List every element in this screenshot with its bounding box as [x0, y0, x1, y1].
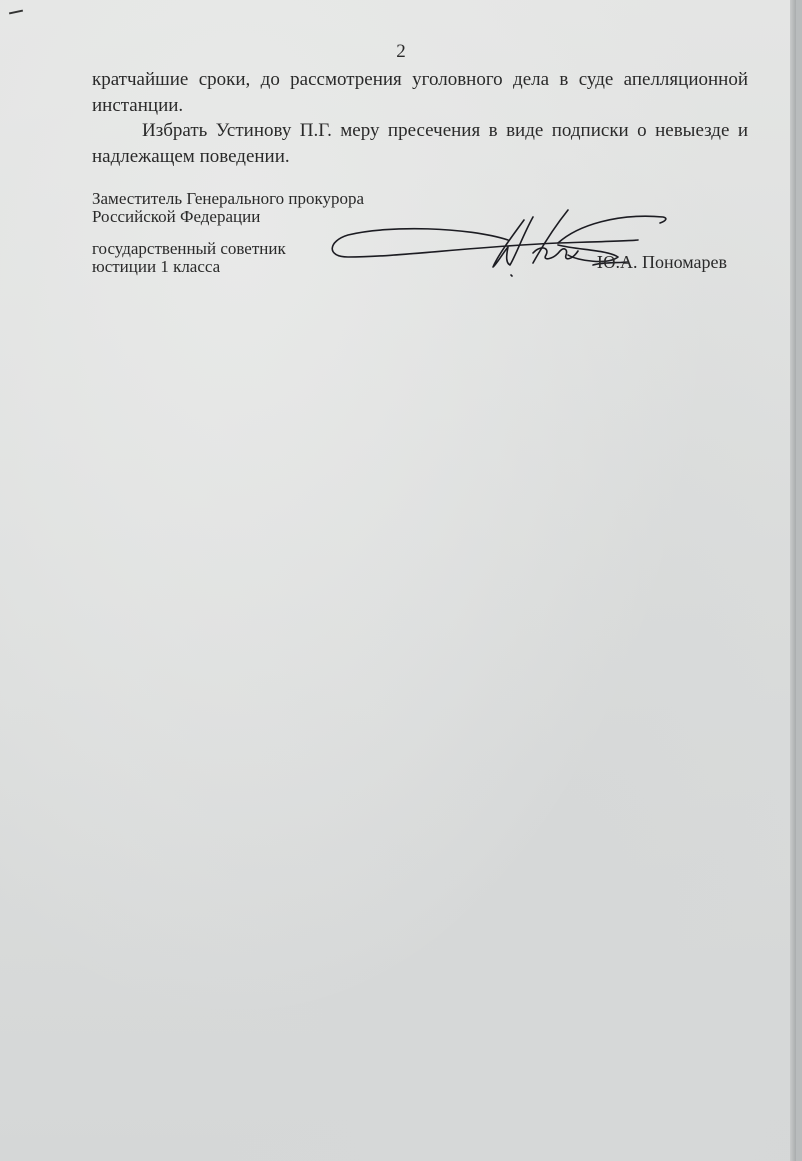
document-page: 2 кратчайшие сроки, до рассмотрения угол… — [0, 0, 796, 1161]
signatory-position: Заместитель Генерального прокурора Росси… — [92, 190, 364, 226]
edge-mark — [9, 10, 23, 15]
rank-line-1: государственный советник — [92, 240, 286, 258]
paragraph-continuation: кратчайшие сроки, до рассмотрения уголов… — [92, 67, 748, 118]
paragraph-preventive-measure: Избрать Устинову П.Г. меру пресечения в … — [92, 118, 748, 169]
position-line-1: Заместитель Генерального прокурора — [92, 190, 364, 208]
signatory-name: Ю.А. Пономарев — [597, 252, 727, 273]
position-line-2: Российской Федерации — [92, 208, 364, 226]
page-number: 2 — [0, 41, 802, 63]
rank-line-2: юстиции 1 класса — [92, 258, 286, 276]
page-edge — [790, 0, 796, 1161]
signatory-rank: государственный советник юстиции 1 класс… — [92, 240, 286, 276]
document-body: кратчайшие сроки, до рассмотрения уголов… — [92, 67, 748, 169]
